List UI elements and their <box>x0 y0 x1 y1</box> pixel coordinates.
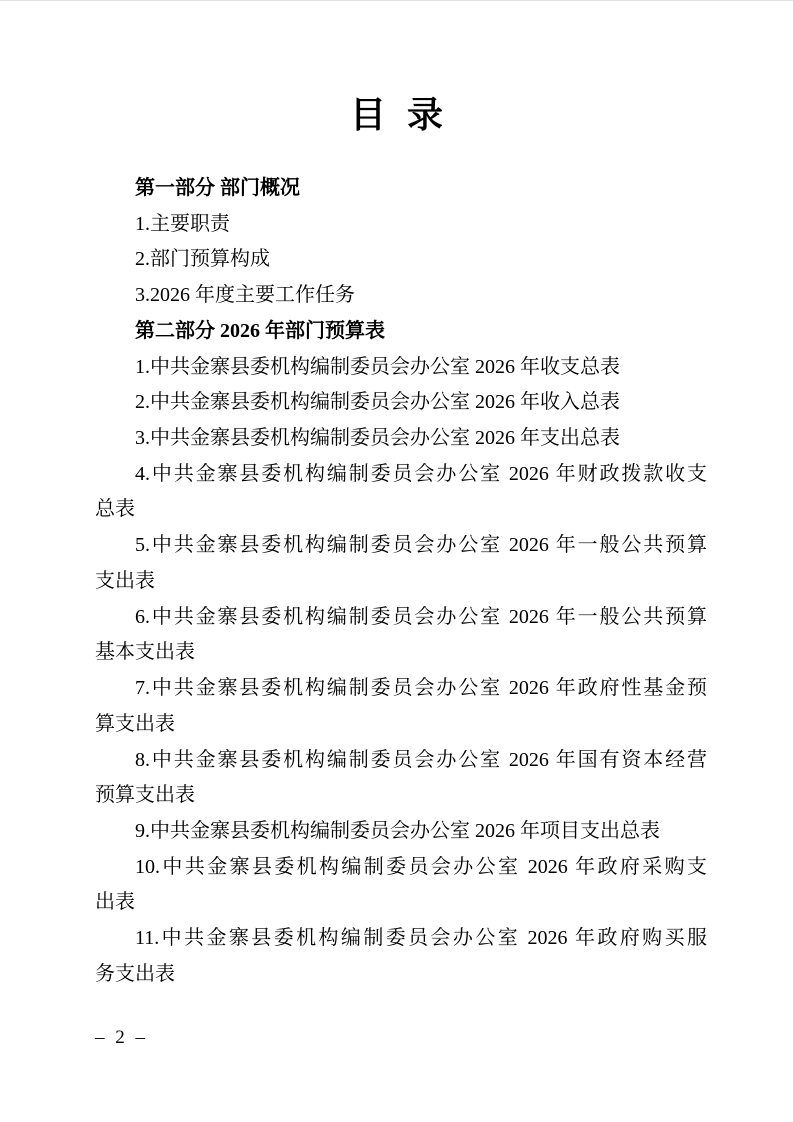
toc-line-heading-0: 第一部分 部门概况 <box>95 171 707 207</box>
toc-line-continuation-13: 基本支出表 <box>95 635 707 671</box>
toc-line-item-2: 2.部门预算构成 <box>95 242 707 278</box>
toc-line-item-1: 1.主要职责 <box>95 207 707 243</box>
page-number: – 2 – <box>95 1025 146 1051</box>
table-of-contents: 第一部分 部门概况1.主要职责2.部门预算构成3.2026 年度主要工作任务第二… <box>95 171 707 993</box>
toc-line-heading-4: 第二部分 2026 年部门预算表 <box>95 314 707 350</box>
toc-line-item-18: 9.中共金寨县委机构编制委员会办公室 2026 年项目支出总表 <box>95 814 707 850</box>
toc-line-item-7: 3.中共金寨县委机构编制委员会办公室 2026 年支出总表 <box>95 421 707 457</box>
toc-line-item-5: 1.中共金寨县委机构编制委员会办公室 2026 年收支总表 <box>95 350 707 386</box>
toc-line-item-12: 6.中共金寨县委机构编制委员会办公室 2026 年一般公共预算 <box>95 600 707 636</box>
toc-line-item-21: 11.中共金寨县委机构编制委员会办公室 2026 年政府购买服 <box>95 921 707 957</box>
toc-line-item-8: 4.中共金寨县委机构编制委员会办公室 2026 年财政拨款收支 <box>95 457 707 493</box>
page-title: 目 录 <box>0 93 793 137</box>
toc-line-item-14: 7.中共金寨县委机构编制委员会办公室 2026 年政府性基金预 <box>95 671 707 707</box>
toc-line-item-3: 3.2026 年度主要工作任务 <box>95 278 707 314</box>
toc-line-continuation-11: 支出表 <box>95 564 707 600</box>
toc-line-item-16: 8.中共金寨县委机构编制委员会办公室 2026 年国有资本经营 <box>95 743 707 779</box>
toc-line-item-6: 2.中共金寨县委机构编制委员会办公室 2026 年收入总表 <box>95 385 707 421</box>
toc-line-continuation-15: 算支出表 <box>95 707 707 743</box>
toc-line-item-19: 10.中共金寨县委机构编制委员会办公室 2026 年政府采购支 <box>95 850 707 886</box>
toc-line-item-10: 5.中共金寨县委机构编制委员会办公室 2026 年一般公共预算 <box>95 528 707 564</box>
toc-line-continuation-17: 预算支出表 <box>95 778 707 814</box>
toc-line-continuation-22: 务支出表 <box>95 957 707 993</box>
toc-line-continuation-9: 总表 <box>95 492 707 528</box>
toc-line-continuation-20: 出表 <box>95 885 707 921</box>
document-page: 目 录 第一部分 部门概况1.主要职责2.部门预算构成3.2026 年度主要工作… <box>0 0 793 1122</box>
